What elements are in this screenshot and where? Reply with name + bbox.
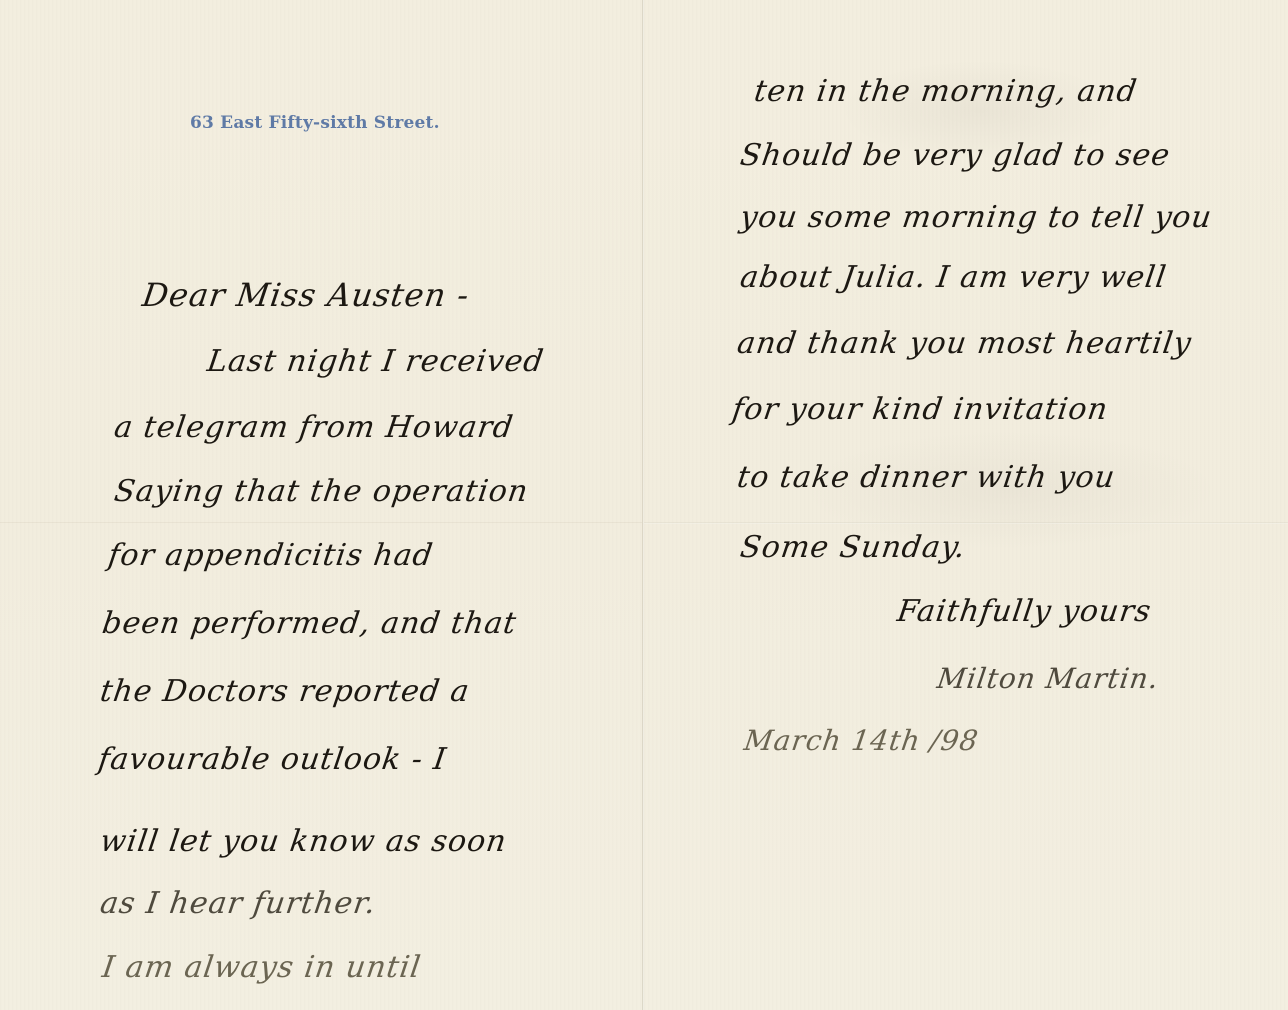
body-line: favourable outlook - I bbox=[96, 742, 449, 777]
letterhead-address: 63 East Fifty-sixth Street. bbox=[190, 113, 440, 133]
body-line: Saying that the operation bbox=[112, 474, 531, 509]
horizontal-fold-left bbox=[0, 522, 642, 523]
body-line: Should be very glad to see bbox=[738, 138, 1173, 173]
letter-sheet: 63 East Fifty-sixth Street. Dear Miss Au… bbox=[0, 0, 1288, 1010]
body-line: Last night I received bbox=[205, 344, 546, 379]
body-line: the Doctors reported a bbox=[98, 674, 472, 709]
horizontal-fold-right bbox=[644, 522, 1288, 524]
closing: Faithfully yours bbox=[895, 594, 1154, 629]
body-line: ten in the morning, and bbox=[752, 74, 1139, 109]
body-line: for your kind invitation bbox=[730, 392, 1110, 427]
date: March 14th /98 bbox=[742, 724, 981, 757]
body-line: as I hear further. bbox=[98, 886, 378, 921]
body-line: will let you know as soon bbox=[98, 824, 509, 859]
body-line: and thank you most heartily bbox=[735, 326, 1194, 361]
center-fold bbox=[642, 0, 644, 1010]
body-line: Some Sunday. bbox=[738, 530, 968, 565]
salutation: Dear Miss Austen - bbox=[140, 276, 472, 314]
body-line: to take dinner with you bbox=[735, 460, 1118, 495]
body-line: you some morning to tell you bbox=[738, 200, 1214, 235]
body-line: about Julia. I am very well bbox=[738, 260, 1169, 295]
body-line: been performed, and that bbox=[100, 606, 519, 641]
body-line: for appendicitis had bbox=[106, 538, 436, 573]
body-line: a telegram from Howard bbox=[112, 410, 516, 445]
body-line: I am always in until bbox=[100, 950, 423, 985]
signature: Milton Martin. bbox=[935, 662, 1161, 695]
